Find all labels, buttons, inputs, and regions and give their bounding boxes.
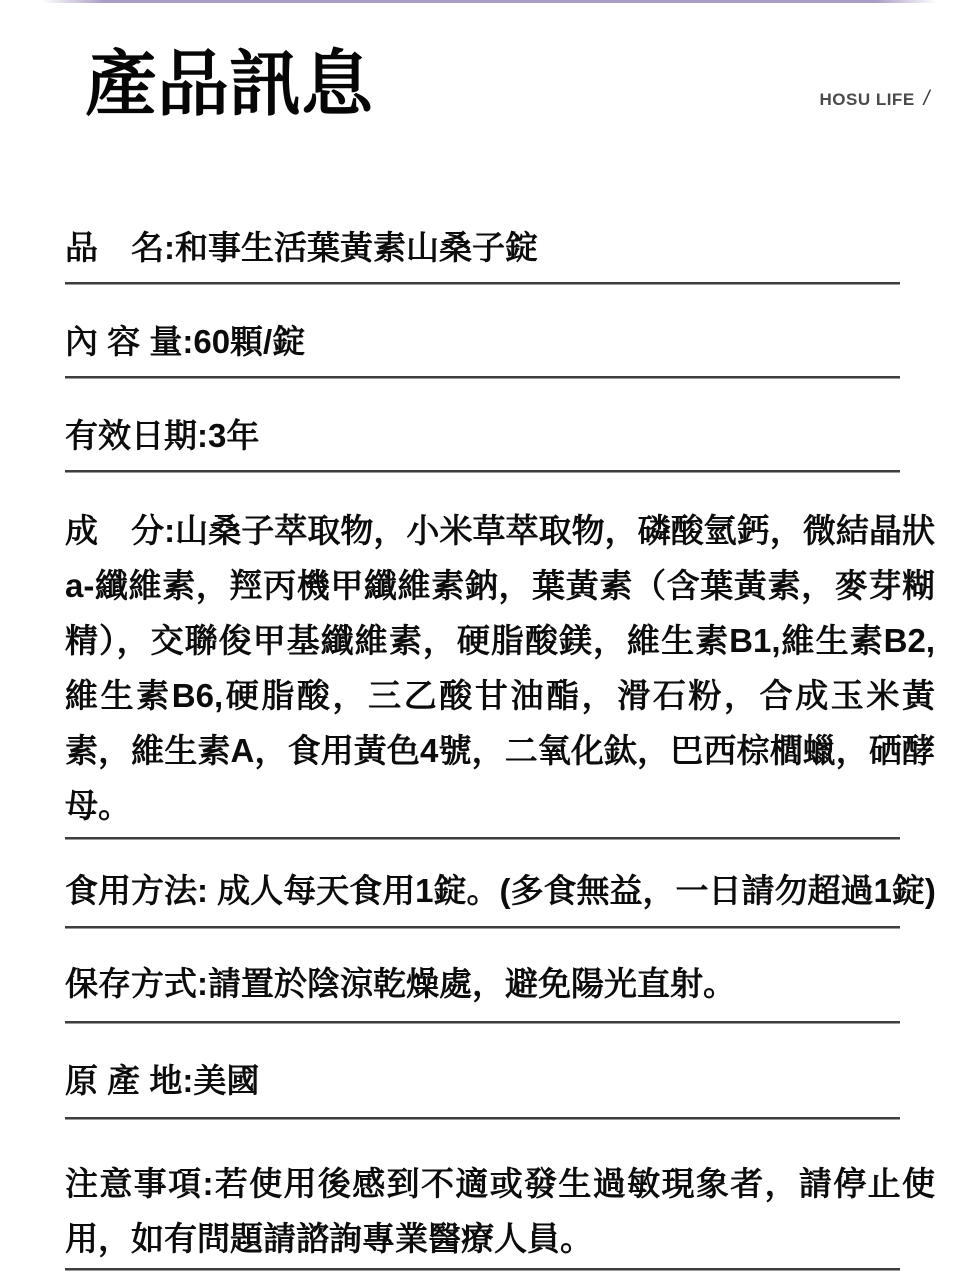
divider [65, 470, 900, 473]
field-colon: : [182, 323, 193, 360]
page-title: 產品訊息 [85, 45, 373, 125]
product-fields: 品 名:和事生活葉黃素山桑子錠 內 容 量:60顆/錠 有效日期:3年 成 分:… [65, 229, 935, 1271]
field-label: 食用方法 [65, 872, 197, 909]
field-value: 和事生活葉黃素山桑子錠 [175, 229, 538, 266]
brand-text: HOSU LIFE [819, 90, 914, 109]
field-colon: : [164, 229, 175, 266]
field-origin: 原 產 地:美國 [65, 1062, 935, 1100]
field-product-name: 品 名:和事生活葉黃素山桑子錠 [65, 229, 935, 267]
field-colon: : [202, 1165, 213, 1202]
field-value: 60顆/錠 [193, 323, 305, 360]
field-usage: 食用方法: 成人每天食用1錠。(多食無益，一日請勿超過1錠) [65, 872, 935, 910]
field-value: 請置於陰涼乾燥處，避免陽光直射。 [208, 965, 736, 1002]
field-colon: : [182, 1062, 193, 1099]
field-net-content: 內 容 量:60顆/錠 [65, 323, 935, 361]
top-accent-line [42, 0, 937, 3]
field-value: 美國 [193, 1062, 259, 1099]
divider [65, 1117, 900, 1120]
field-colon: : [197, 872, 217, 909]
field-label: 原 產 地 [65, 1062, 182, 1099]
divider [65, 1268, 900, 1271]
field-shelf-life: 有效日期:3年 [65, 417, 935, 455]
brand-mark: HOSU LIFE/ [819, 87, 930, 125]
field-ingredients: 成 分:山桑子萃取物，小米草萃取物，磷酸氫鈣，微結晶狀a-纖維素，羥丙機甲纖維素… [65, 503, 935, 833]
field-colon: : [197, 417, 208, 454]
field-value: 成人每天食用1錠。(多食無益，一日請勿超過1錠) [217, 872, 936, 909]
header: 產品訊息 HOSU LIFE/ [0, 0, 960, 125]
field-storage: 保存方式:請置於陰涼乾燥處，避免陽光直射。 [65, 965, 935, 1003]
field-notice: 注意事項:若使用後感到不適或發生過敏現象者，請停止使用，如有問題請諮詢專業醫療人… [65, 1156, 935, 1266]
field-label: 有效日期 [65, 417, 197, 454]
brand-slash-icon: / [924, 87, 930, 111]
field-label: 注意事項 [65, 1165, 202, 1202]
field-value: 山桑子萃取物，小米草萃取物，磷酸氫鈣，微結晶狀a-纖維素，羥丙機甲纖維素鈉，葉黃… [65, 512, 935, 824]
field-colon: : [164, 512, 175, 549]
field-label: 品 名 [65, 229, 164, 266]
field-colon: : [197, 965, 208, 1002]
divider [65, 837, 900, 840]
product-info-sheet: 產品訊息 HOSU LIFE/ 品 名:和事生活葉黃素山桑子錠 內 容 量:60… [0, 0, 960, 1276]
field-label: 保存方式 [65, 965, 197, 1002]
divider [65, 282, 900, 285]
field-value: 3年 [208, 417, 259, 454]
field-label: 內 容 量 [65, 323, 182, 360]
field-label: 成 分 [65, 512, 164, 549]
divider [65, 376, 900, 379]
divider [65, 926, 900, 929]
divider [65, 1021, 900, 1024]
